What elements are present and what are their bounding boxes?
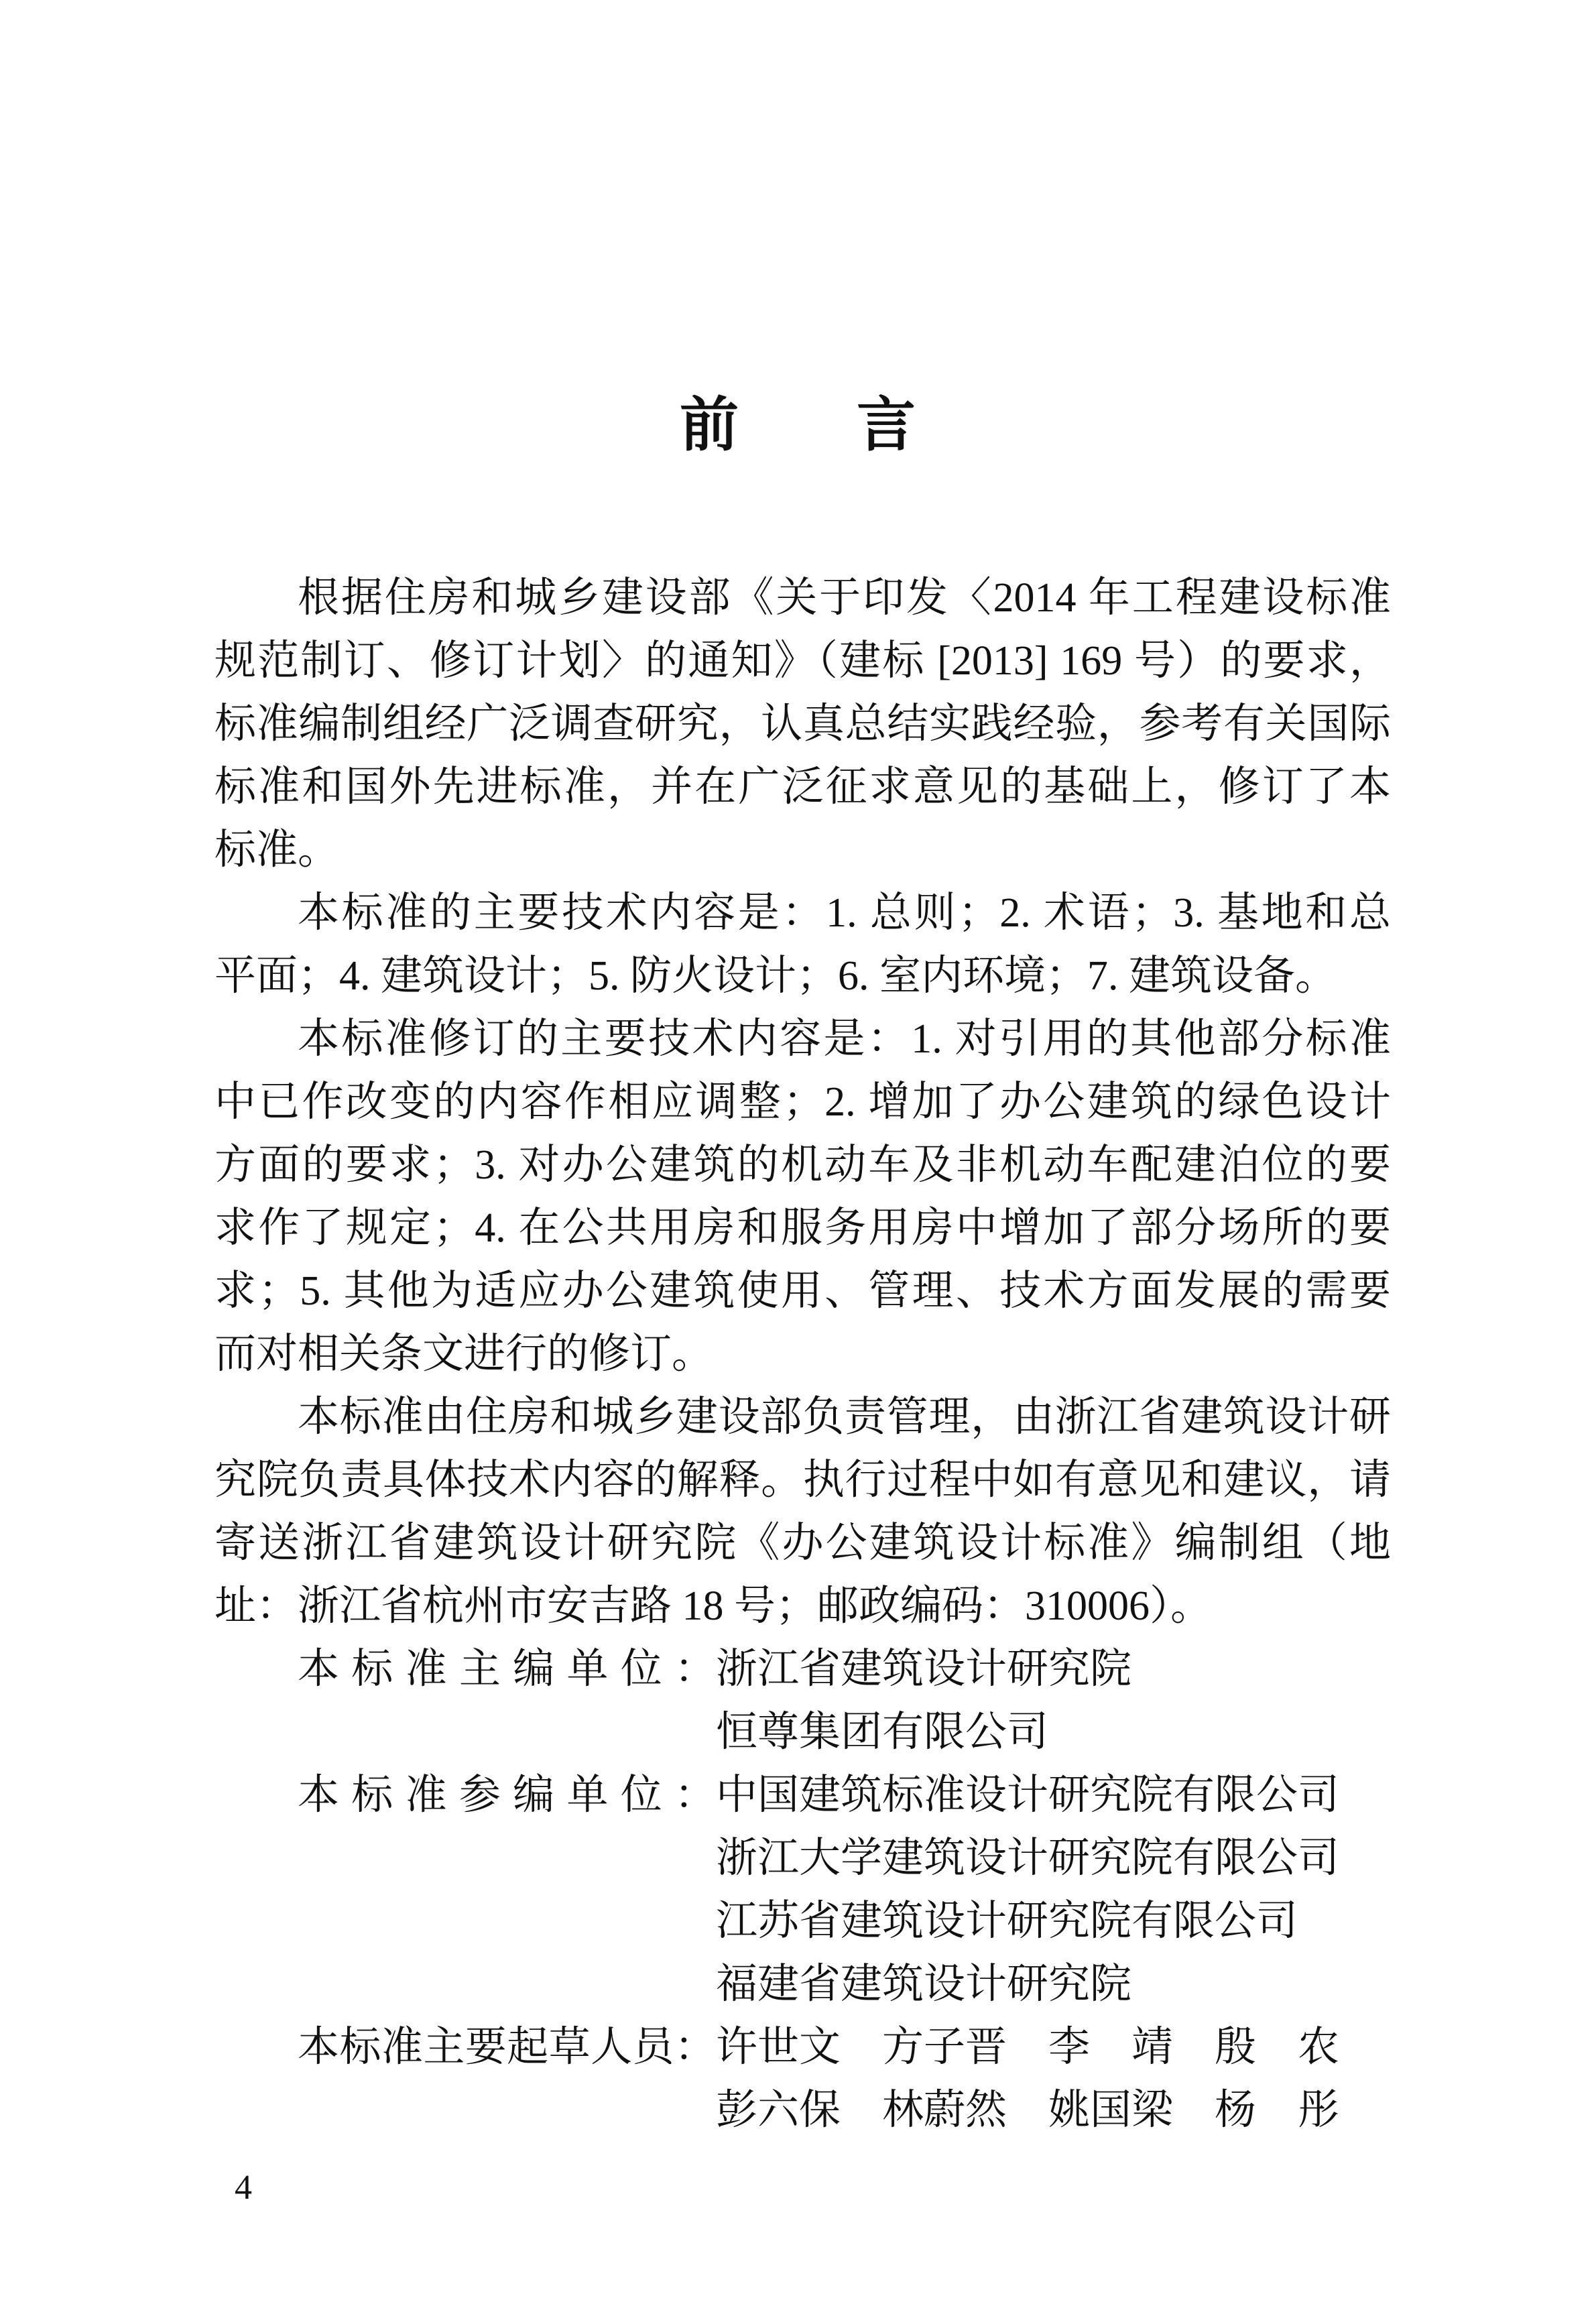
credit-value: 中国建筑标准设计研究院有限公司 — [716, 1764, 1391, 1827]
credit-value: 福建省建筑设计研究院 — [716, 1953, 1391, 2016]
text-line: 标准。 — [214, 818, 1391, 882]
credit-row-co-editors: 本标准参编单位： 中国建筑标准设计研究院有限公司 浙江大学建筑设计研究院有限公司… — [214, 1764, 1391, 2016]
paragraph: 本标准修订的主要技术内容是：1. 对引用的其他部分标准 中已作改变的内容作相应调… — [214, 1008, 1391, 1386]
text-line: 中已作改变的内容作相应调整；2. 增加了办公建筑的绿色设计 — [214, 1071, 1391, 1134]
text-line: 究院负责具体技术内容的解释。执行过程中如有意见和建议，请 — [214, 1449, 1391, 1512]
page-number: 4 — [235, 2168, 252, 2208]
credit-values: 许世文 方子晋 李 靖 殷 农 彭六保 林蔚然 姚国梁 杨 彤 — [716, 2016, 1391, 2142]
paragraph: 根据住房和城乡建设部《关于印发〈2014 年工程建设标准 规范制订、修订计划〉的… — [214, 566, 1391, 882]
text-line: 求作了规定；4. 在公共用房和服务用房中增加了部分场所的要 — [214, 1197, 1391, 1260]
credit-label: 本标准参编单位： — [298, 1764, 716, 1827]
preface-content: 根据住房和城乡建设部《关于印发〈2014 年工程建设标准 规范制订、修订计划〉的… — [214, 566, 1391, 2142]
credit-values: 浙江省建筑设计研究院 恒尊集团有限公司 — [716, 1638, 1391, 1764]
text-line: 标准和国外先进标准，并在广泛征求意见的基础上，修订了本 — [214, 755, 1391, 818]
credit-row-drafters: 本标准主要起草人员： 许世文 方子晋 李 靖 殷 农 彭六保 林蔚然 姚国梁 杨… — [214, 2016, 1391, 2142]
credit-value: 恒尊集团有限公司 — [716, 1701, 1391, 1764]
text-line: 本标准由住房和城乡建设部负责管理，由浙江省建筑设计研 — [214, 1386, 1391, 1449]
text-line: 根据住房和城乡建设部《关于印发〈2014 年工程建设标准 — [214, 566, 1391, 629]
credit-value: 彭六保 林蔚然 姚国梁 杨 彤 — [716, 2079, 1391, 2142]
credit-value: 江苏省建筑设计研究院有限公司 — [716, 1890, 1391, 1953]
document-page: 前 言 根据住房和城乡建设部《关于印发〈2014 年工程建设标准 规范制订、修订… — [0, 0, 1596, 2310]
credit-value: 许世文 方子晋 李 靖 殷 农 — [716, 2016, 1391, 2079]
credit-label: 本标准主编单位： — [298, 1638, 716, 1701]
text-line: 本标准的主要技术内容是：1. 总则；2. 术语；3. 基地和总 — [214, 882, 1391, 945]
text-line: 平面；4. 建筑设计；5. 防火设计；6. 室内环境；7. 建筑设备。 — [214, 945, 1391, 1008]
credit-label: 本标准主要起草人员： — [298, 2016, 716, 2079]
text-line: 而对相关条文进行的修订。 — [214, 1323, 1391, 1386]
text-line: 规范制订、修订计划〉的通知》（建标 [2013] 169 号）的要求， — [214, 629, 1391, 692]
page-title: 前 言 — [208, 389, 1388, 464]
credit-values: 中国建筑标准设计研究院有限公司 浙江大学建筑设计研究院有限公司 江苏省建筑设计研… — [716, 1764, 1391, 2016]
credit-value: 浙江省建筑设计研究院 — [716, 1638, 1391, 1701]
text-line: 本标准修订的主要技术内容是：1. 对引用的其他部分标准 — [214, 1008, 1391, 1071]
paragraph: 本标准由住房和城乡建设部负责管理，由浙江省建筑设计研 究院负责具体技术内容的解释… — [214, 1386, 1391, 1638]
text-line: 寄送浙江省建筑设计研究院《办公建筑设计标准》编制组（地 — [214, 1512, 1391, 1575]
credit-row-chief-editor: 本标准主编单位： 浙江省建筑设计研究院 恒尊集团有限公司 — [214, 1638, 1391, 1764]
text-line: 求；5. 其他为适应办公建筑使用、管理、技术方面发展的需要 — [214, 1260, 1391, 1323]
text-line: 标准编制组经广泛调查研究，认真总结实践经验，参考有关国际 — [214, 692, 1391, 755]
text-line: 址：浙江省杭州市安吉路 18 号；邮政编码：310006）。 — [214, 1575, 1391, 1638]
paragraph: 本标准的主要技术内容是：1. 总则；2. 术语；3. 基地和总 平面；4. 建筑… — [214, 882, 1391, 1008]
text-line: 方面的要求；3. 对办公建筑的机动车及非机动车配建泊位的要 — [214, 1134, 1391, 1197]
credit-value: 浙江大学建筑设计研究院有限公司 — [716, 1827, 1391, 1890]
